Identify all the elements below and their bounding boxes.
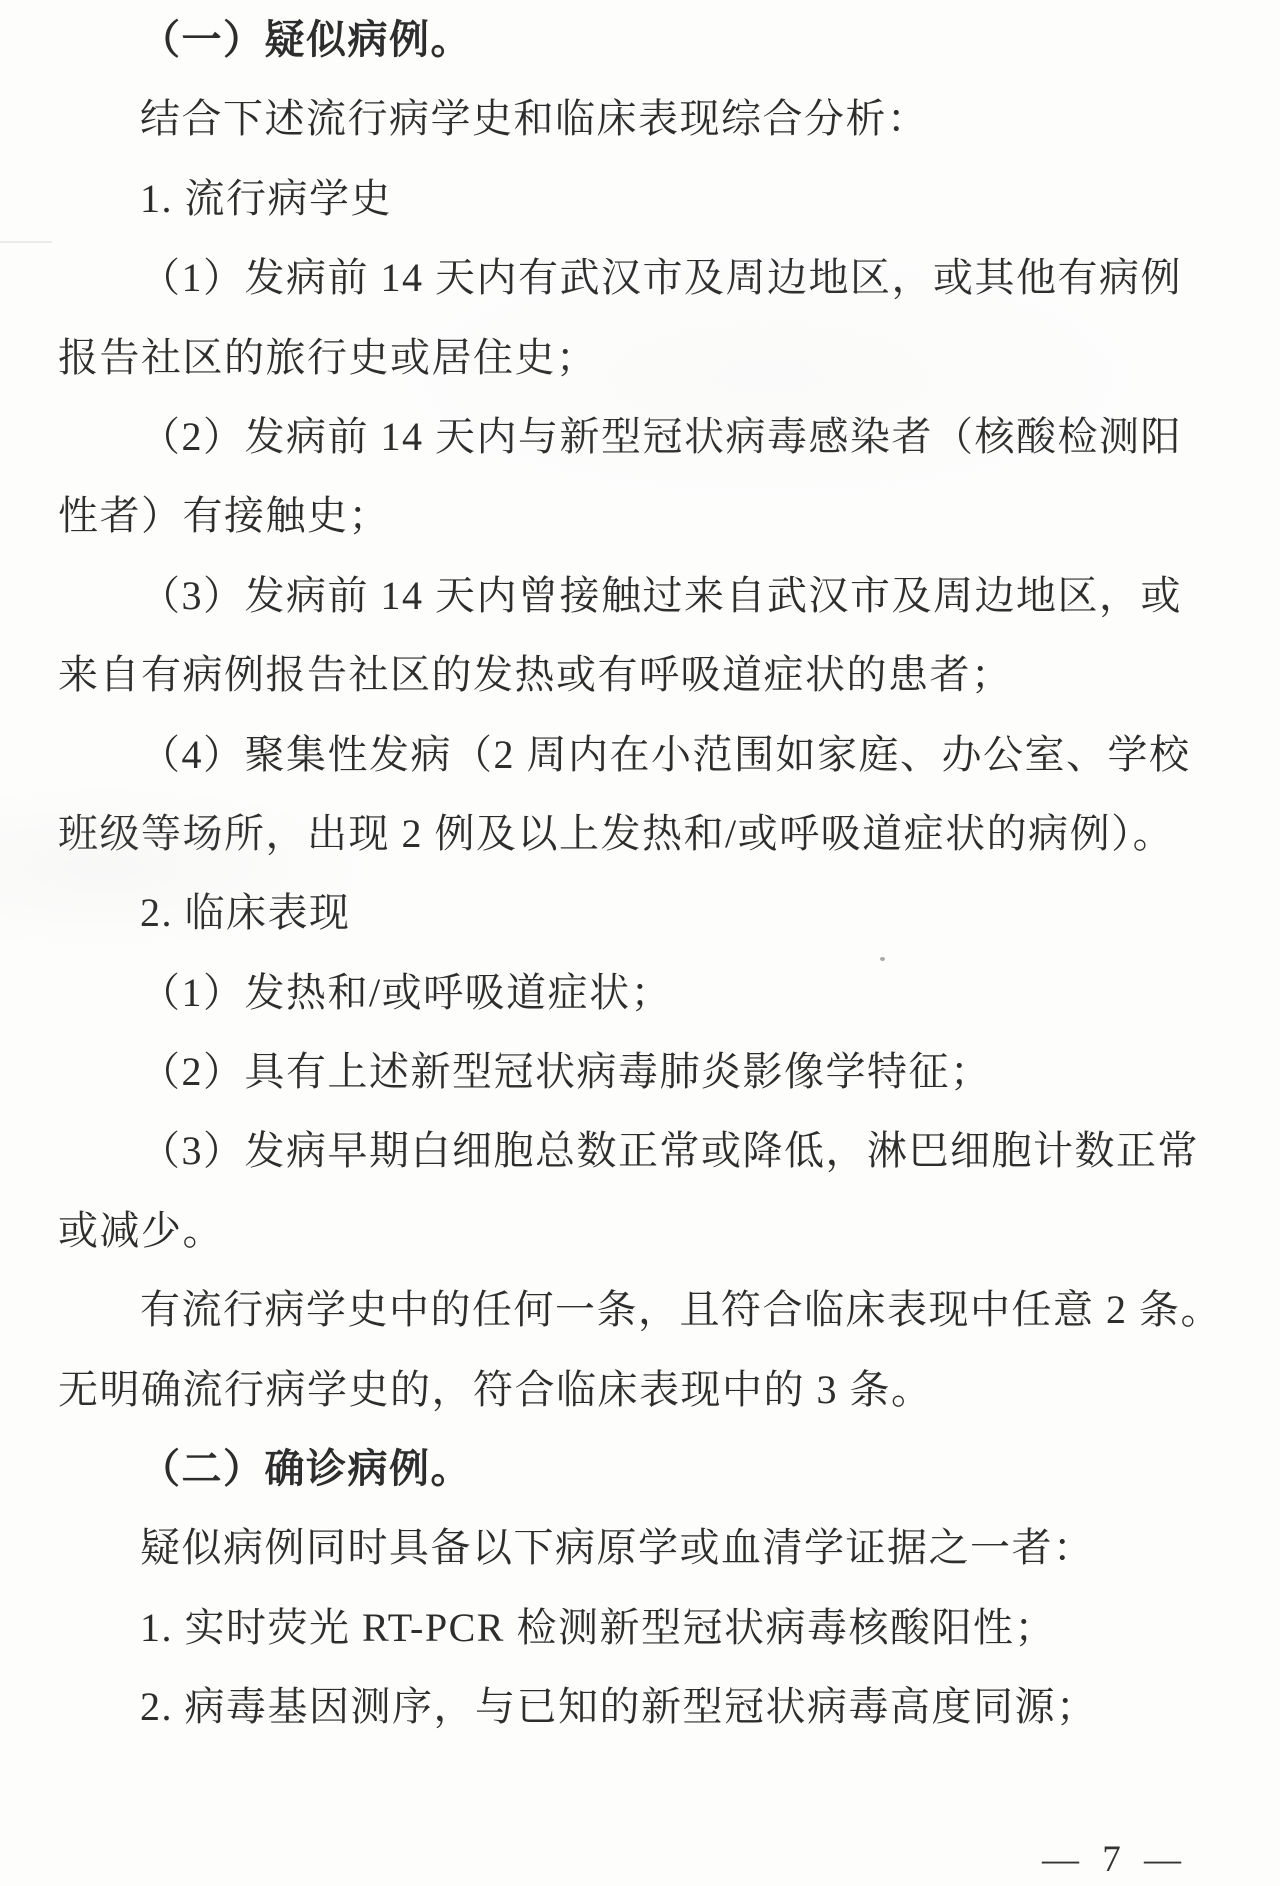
document-line: 来自有病例报告社区的发热或有呼吸道症状的患者；: [58, 635, 1233, 714]
document-line: （4）聚集性发病（2 周内在小范围如家庭、办公室、学校: [58, 715, 1233, 794]
page-number: — 7 —: [1042, 1838, 1188, 1881]
document-line: （二）确诊病例。: [58, 1429, 1233, 1508]
document-line: （2）具有上述新型冠状病毒肺炎影像学特征；: [58, 1032, 1233, 1111]
document-body: （一）疑似病例。结合下述流行病学史和临床表现综合分析：1. 流行病学史（1）发病…: [58, 0, 1233, 1747]
document-line: （1）发病前 14 天内有武汉市及周边地区，或其他有病例: [58, 238, 1233, 317]
document-line: 2. 临床表现: [58, 873, 1233, 952]
document-line: 性者）有接触史；: [58, 476, 1233, 555]
document-line: 无明确流行病学史的，符合临床表现中的 3 条。: [58, 1350, 1233, 1429]
document-line: 1. 实时荧光 RT-PCR 检测新型冠状病毒核酸阳性；: [58, 1588, 1233, 1667]
document-line: （3）发病早期白细胞总数正常或降低，淋巴细胞计数正常: [58, 1111, 1233, 1190]
document-line: 报告社区的旅行史或居住史；: [58, 318, 1233, 397]
document-line: 或减少。: [58, 1191, 1233, 1270]
document-line: （3）发病前 14 天内曾接触过来自武汉市及周边地区，或: [58, 556, 1233, 635]
document-line: 结合下述流行病学史和临床表现综合分析：: [58, 79, 1233, 158]
document-line: 1. 流行病学史: [58, 159, 1233, 238]
document-line: 2. 病毒基因测序，与已知的新型冠状病毒高度同源；: [58, 1667, 1233, 1746]
document-line: 有流行病学史中的任何一条，且符合临床表现中任意 2 条。: [58, 1270, 1233, 1349]
scan-streak-artifact: [0, 241, 52, 243]
document-line: （一）疑似病例。: [58, 0, 1233, 79]
scanned-document-page: （一）疑似病例。结合下述流行病学史和临床表现综合分析：1. 流行病学史（1）发病…: [0, 0, 1280, 1886]
scan-speck-artifact: [880, 957, 885, 961]
document-line: （2）发病前 14 天内与新型冠状病毒感染者（核酸检测阳: [58, 397, 1233, 476]
document-line: （1）发热和/或呼吸道症状；: [58, 953, 1233, 1032]
document-line: 班级等场所，出现 2 例及以上发热和/或呼吸道症状的病例）。: [58, 794, 1233, 873]
document-line: 疑似病例同时具备以下病原学或血清学证据之一者：: [58, 1508, 1233, 1587]
